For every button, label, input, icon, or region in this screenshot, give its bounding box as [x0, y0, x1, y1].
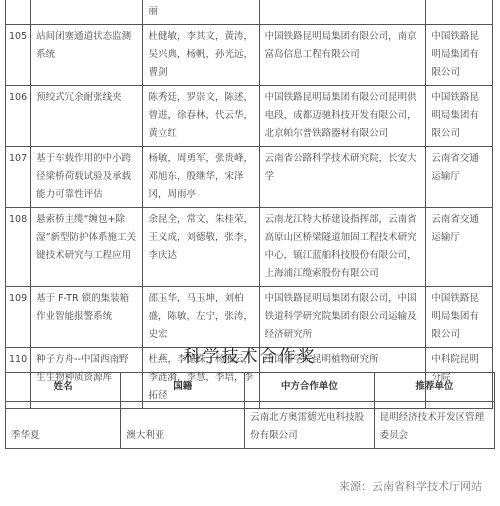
section-title: 科学技术合作奖	[0, 342, 500, 367]
table-row: 丽	[6, 0, 493, 25]
table-row: 107 基于车载作用的中小跨径梁桥荷载试验及承载能力可靠性评估 杨敏，周勇军，张…	[6, 147, 493, 208]
row-number: 106	[6, 86, 31, 147]
table-row: 105 站间闭塞通道状态监测系统 杜健敏，李其文，黄涛，吴兴典，杨帆，孙光远，曹…	[6, 25, 493, 86]
project-recommender: 云南省交通运输厅	[426, 208, 493, 287]
project-recommender: 中国铁路昆明局集团有限公司	[426, 287, 493, 348]
project-units: 中国铁路昆明局集团有限公司，南京富岛信息工程有限公司	[259, 25, 426, 86]
project-units: 云南省公路科学技术研究院，长安大学	[259, 147, 426, 208]
table-row: 季华夏 澳大利亚 云南北方奥雷德光电科技股份有限公司 昆明经济技术开发区管理委员…	[6, 402, 495, 449]
winner-name: 季华夏	[6, 402, 121, 449]
project-recommender: 中国铁路昆明局集团有限公司	[426, 86, 493, 147]
project-recommender	[426, 0, 493, 25]
project-name: 预绞式冗余耐张线夹	[31, 86, 143, 147]
table-header-row: 姓名 国籍 中方合作单位 推荐单位	[6, 373, 495, 402]
header-nationality: 国籍	[121, 373, 245, 402]
row-number: 108	[6, 208, 31, 287]
project-name: 基于 F-TR 锁的集装箱作业智能报警系统	[31, 287, 143, 348]
winner-recommender: 昆明经济技术开发区管理委员会	[374, 402, 494, 449]
project-people: 邵玉华，马玉坤，刘柏盛，陈敏，左宁，张涛，史宏	[143, 287, 259, 348]
project-people: 杜健敏，李其文，黄涛，吴兴典，杨帆，孙光远，曹剑	[143, 25, 259, 86]
project-units: 中国铁路昆明局集团有限公司，中国铁道科学研究院集团有限公司运输及经济研究所	[259, 287, 426, 348]
project-people: 陈秀廷，罗崇文，陈述，曾进，徐春林，代云华，黄立红	[143, 86, 259, 147]
header-partner: 中方合作单位	[245, 373, 375, 402]
project-units	[259, 0, 426, 25]
source-caption: 来源：云南省科学技术厅网站	[339, 478, 482, 494]
project-units: 云南龙江特大桥建设指挥部，云南省高原山区桥梁隧道加固工程技术研究中心，镇江蓝舶科…	[259, 208, 426, 287]
header-recommender: 推荐单位	[374, 373, 494, 402]
header-name: 姓名	[6, 373, 121, 402]
project-recommender: 中国铁路昆明局集团有限公司	[426, 25, 493, 86]
project-recommender: 云南省交通运输厅	[426, 147, 493, 208]
row-number	[6, 0, 31, 25]
row-number: 109	[6, 287, 31, 348]
row-number: 105	[6, 25, 31, 86]
project-units: 中国铁路昆明局集团有限公司昆明供电段，成都迈驰科技开发有限公司，北京帕尔普铁路器…	[259, 86, 426, 147]
winner-nationality: 澳大利亚	[121, 402, 245, 449]
project-name: 悬索桥主缆“缠包+除湿”新型防护体系施工关键技术研究与工程应用	[31, 208, 143, 287]
table-row: 109 基于 F-TR 锁的集装箱作业智能报警系统 邵玉华，马玉坤，刘柏盛，陈敏…	[6, 287, 493, 348]
row-number: 107	[6, 147, 31, 208]
project-people: 丽	[143, 0, 259, 25]
project-name: 站间闭塞通道状态监测系统	[31, 25, 143, 86]
project-name	[31, 0, 143, 25]
table-row: 106 预绞式冗余耐张线夹 陈秀廷，罗崇文，陈述，曾进，徐春林，代云华，黄立红 …	[6, 86, 493, 147]
project-people: 余昆全，常文，朱桂荣，王义成，刘德敬，张李，李庆达	[143, 208, 259, 287]
cooperation-award-table: 姓名 国籍 中方合作单位 推荐单位 季华夏 澳大利亚 云南北方奥雷德光电科技股份…	[5, 372, 495, 449]
project-name: 基于车载作用的中小跨径梁桥荷载试验及承载能力可靠性评估	[31, 147, 143, 208]
project-people: 杨敏，周勇军，张贵峰，邓旭东，殷继华，宋泽冈，周雨亭	[143, 147, 259, 208]
table-row: 108 悬索桥主缆“缠包+除湿”新型防护体系施工关键技术研究与工程应用 余昆全，…	[6, 208, 493, 287]
winner-partner: 云南北方奥雷德光电科技股份有限公司	[245, 402, 375, 449]
